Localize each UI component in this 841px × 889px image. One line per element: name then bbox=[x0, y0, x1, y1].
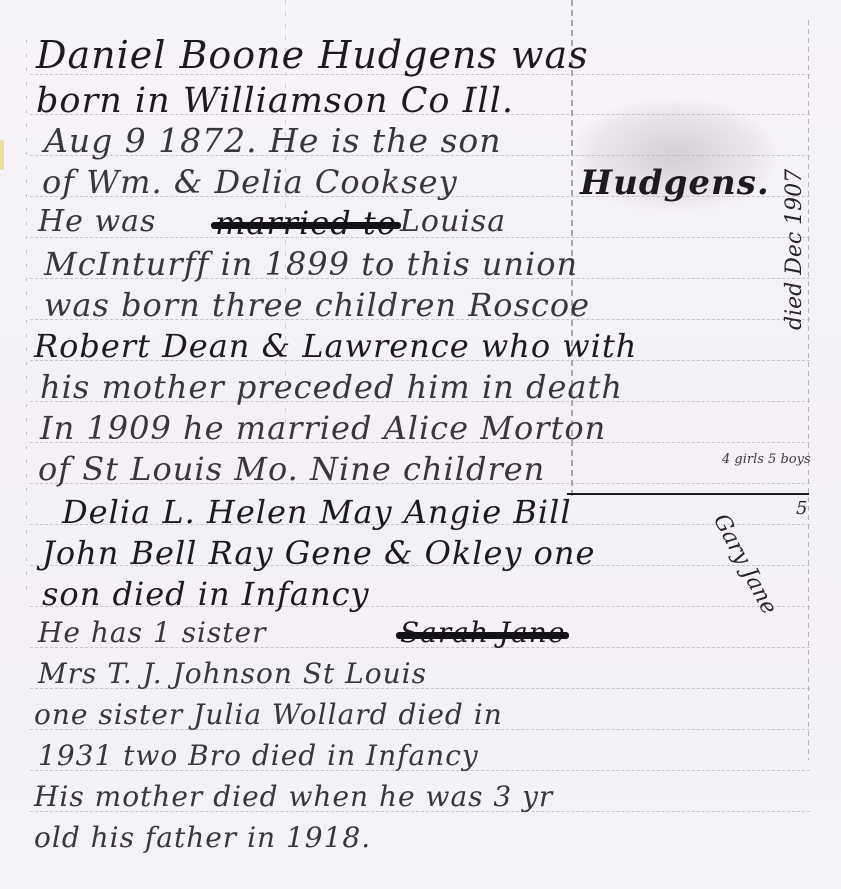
text-line-20: old his father in 1918. bbox=[34, 824, 371, 852]
text-line-18: 1931 two Bro died in Infancy bbox=[38, 742, 479, 770]
text-line-5a: He was bbox=[38, 207, 156, 237]
text-line-9: his mother preceded him in death bbox=[40, 371, 623, 403]
text-line-10: In 1909 he married Alice Morton bbox=[40, 412, 606, 444]
text-line-19: His mother died when he was 3 yr bbox=[34, 783, 553, 811]
right-margin-line bbox=[808, 20, 809, 760]
text-line-17: one sister Julia Wollard died in bbox=[34, 701, 503, 729]
paper-stain bbox=[0, 140, 4, 170]
left-margin-line bbox=[26, 40, 27, 600]
text-line-2: born in Williamson Co Ill. bbox=[36, 84, 514, 119]
struck-text: Sarah Jane bbox=[400, 619, 565, 647]
text-line-3: Aug 9 1872. He is the son bbox=[44, 124, 502, 157]
text-line-15a: He has 1 sister bbox=[38, 619, 267, 647]
text-line-16: Mrs T. J. Johnson St Louis bbox=[38, 660, 427, 688]
margin-note-death-date: died Dec 1907 bbox=[782, 169, 807, 330]
text-line-14: son died in Infancy bbox=[42, 578, 370, 610]
text-line-13: John Bell Ray Gene & Okley one bbox=[42, 537, 595, 569]
text-line-4a: of Wm. & Delia Cooksey bbox=[42, 166, 458, 198]
margin-mark: 5 bbox=[796, 498, 807, 519]
heavy-underline bbox=[567, 493, 809, 495]
text-line-11: of St Louis Mo. Nine children bbox=[38, 453, 545, 485]
text-line-6: McInturff in 1899 to this union bbox=[44, 248, 578, 280]
struck-text: married to bbox=[215, 207, 397, 239]
text-line-12: Delia L. Helen May Angie Bill bbox=[62, 496, 572, 528]
text-line-5c: Louisa bbox=[400, 207, 506, 237]
margin-note-children-count: 4 girls 5 boys bbox=[722, 452, 811, 467]
scanned-document-page: Daniel Boone Hudgens was born in William… bbox=[0, 0, 841, 889]
text-line-5b: married to bbox=[215, 207, 397, 239]
text-line-4b: Hudgens. bbox=[580, 166, 770, 200]
text-line-8: Robert Dean & Lawrence who with bbox=[34, 330, 637, 362]
text-line-7: was born three children Roscoe bbox=[44, 289, 590, 321]
text-line-1: Daniel Boone Hudgens was bbox=[36, 36, 589, 74]
text-line-15b: Sarah Jane bbox=[400, 619, 565, 647]
